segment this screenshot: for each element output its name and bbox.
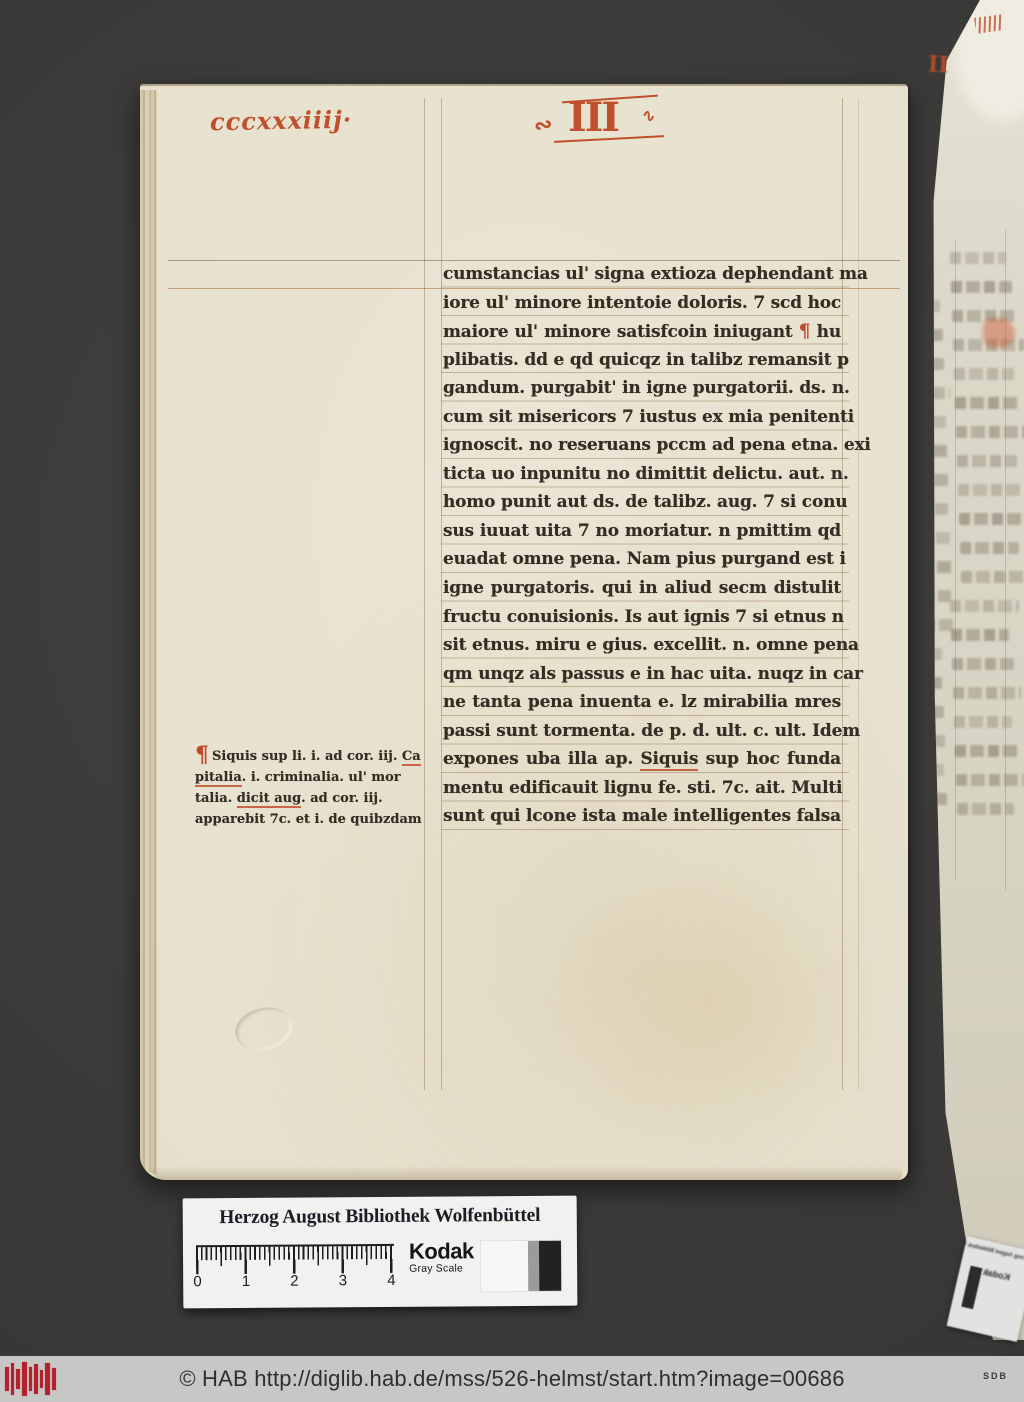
- manuscript-line: gandum. purgabit' in igne purgatorii. ds…: [443, 374, 841, 403]
- ghost-text-row: [953, 687, 1021, 699]
- kodak-brand: Kodak Gray Scale: [409, 1238, 474, 1274]
- manuscript-line: qm unqz als passus e in hac uita. nuqz i…: [443, 660, 841, 689]
- manuscript-line: maiore ul' minore satisfcoin iniugant ¶ …: [443, 317, 841, 346]
- scale-card-title: Herzog August Bibliothek Wolfenbüttel: [183, 1205, 577, 1230]
- ghost-text-row: [955, 397, 1021, 409]
- kodak-brand-text: Kodak: [409, 1238, 474, 1264]
- next-folio-sheet: [905, 0, 1024, 1340]
- ghost-text-row: [913, 648, 946, 660]
- gray-scale-patch: [480, 1240, 562, 1293]
- photo-stage: II Herzog August Bibliothek Wolfenbüttel…: [0, 0, 1024, 1402]
- ghost-text-row: [956, 774, 1024, 786]
- ruler-number: 4: [387, 1272, 395, 1289]
- ghost-text-row: [916, 387, 950, 399]
- ghost-text-row: [954, 368, 1014, 380]
- margin-note-line: Siquis sup li. i. ad cor. iij. Ca: [195, 746, 441, 767]
- ghost-text-row: [914, 329, 943, 341]
- manuscript-page: cccxxxiiij· ∾ III ∿ cumstancias ul' sign…: [140, 84, 908, 1180]
- red-underlined-word: dicit aug: [237, 791, 301, 808]
- manuscript-line: euadat omne pena. Nam pius purgand est i: [443, 545, 841, 574]
- ghost-text-row: [960, 542, 1019, 554]
- manuscript-line: ne tanta pena inuenta e. lz mirabilia mr…: [443, 688, 841, 717]
- margin-note-line: pitalia. i. criminalia. ul' mor: [195, 767, 441, 788]
- ghost-text-row: [914, 677, 942, 689]
- next-folio-numeral: II: [927, 51, 949, 78]
- ghost-text-row: [918, 793, 948, 805]
- ghost-text-row: [916, 735, 948, 747]
- manuscript-line: sit etnus. miru e gius. excellit. n. omn…: [443, 631, 841, 660]
- heading-numeral-text: III: [568, 100, 618, 136]
- manuscript-line: igne purgatoris. qui in aliud secm distu…: [443, 574, 841, 603]
- text-block: cumstancias ul' signa extioza dephendant…: [443, 260, 841, 831]
- ghost-text-row: [915, 706, 945, 718]
- ghost-text-row: [952, 658, 1015, 670]
- patch-white: [481, 1241, 528, 1291]
- ruler: 01234: [196, 1244, 394, 1289]
- manuscript-line: cumstancias ul' signa extioza dephendant…: [443, 260, 841, 289]
- rubric-pilcrow: ¶: [799, 320, 811, 342]
- ghost-text-row: [950, 600, 1019, 612]
- manuscript-line: expones uba illa ap. Siquis sup hoc fund…: [443, 745, 841, 774]
- manuscript-line: homo punit aut ds. de talibz. aug. 7 si …: [443, 488, 841, 517]
- margin-note: ¶ Siquis sup li. i. ad cor. iij. Capital…: [195, 746, 441, 830]
- ghost-text-row: [954, 716, 1012, 728]
- ghost-text-row: [955, 745, 1018, 757]
- ghost-text-row: [913, 300, 940, 312]
- folio-number: cccxxxiiij·: [210, 105, 353, 136]
- ruler-cm-ticks: [196, 1246, 394, 1274]
- copyright-text: © HAB http://diglib.hab.de/mss/526-helms…: [0, 1356, 1024, 1402]
- margin-note-line: talia. dicit aug. ad cor. iij.: [195, 788, 441, 809]
- ghost-text-row: [959, 513, 1024, 525]
- manuscript-line: ignoscit. no reseruans pccm ad pena etna…: [443, 431, 841, 460]
- mirrored-card-brand: Kodak: [962, 1262, 1011, 1283]
- patch-black: [539, 1241, 561, 1291]
- page-heading-numeral: ∾ III ∿: [568, 100, 618, 136]
- corner-mark: SDB: [983, 1371, 1008, 1381]
- rubric-paraph: ¶: [195, 746, 209, 764]
- manuscript-line: iore ul' minore intentoie doloris. 7 scd…: [443, 289, 841, 318]
- ghost-rubric-blob: [983, 318, 1015, 348]
- column-rule: [858, 98, 859, 1090]
- ghost-text-row: [961, 571, 1024, 583]
- manuscript-line: ticta uo inpunitu no dimittit delictu. a…: [443, 460, 841, 489]
- ruler-number: 2: [290, 1273, 298, 1290]
- margin-note-line: apparebit 7c. et i. de quibzdam: [195, 809, 441, 830]
- mirrored-scale-card: Herzog August Bibliothek Wolfenbüttel Ko…: [947, 1236, 1024, 1342]
- manuscript-line: passi sunt tormenta. de p. d. ult. c. ul…: [443, 717, 841, 746]
- manuscript-line: mentu edificauit lignu fe. sti. 7c. ait.…: [443, 774, 841, 803]
- flourish-icon: ∾: [532, 111, 555, 140]
- blind-stamp: [231, 1002, 297, 1057]
- manuscript-line: plibatis. dd e qd quicqz in talibz reman…: [443, 346, 841, 375]
- ghost-text-row: [923, 590, 951, 602]
- page-bottom-shade: [150, 1166, 902, 1180]
- ruler-numbers: 01234: [196, 1272, 394, 1289]
- ghost-text-row: [918, 445, 949, 457]
- ruler-number: 3: [339, 1272, 347, 1289]
- ghost-text-show-through: [913, 300, 947, 822]
- red-barcode-mark: [5, 1361, 56, 1397]
- patch-gray: [528, 1241, 539, 1291]
- ghost-text-row: [958, 484, 1023, 496]
- ruler-number: 0: [193, 1273, 201, 1290]
- red-underlined-word: Siquis: [640, 749, 698, 771]
- ghost-text-row: [917, 764, 944, 776]
- ghost-text-row: [951, 281, 1012, 293]
- red-underlined-word: Ca: [402, 749, 421, 766]
- column-rule: [424, 98, 425, 1090]
- ruler-number: 1: [242, 1273, 250, 1290]
- ghost-text-row: [956, 426, 1024, 438]
- ghost-text-row: [915, 358, 946, 370]
- scale-card: Herzog August Bibliothek Wolfenbüttel 01…: [183, 1196, 578, 1309]
- ghost-text-row: [950, 252, 1006, 264]
- ghost-text-row: [920, 503, 948, 515]
- ghost-text-row: [951, 629, 1009, 641]
- manuscript-line: sus iuuat uita 7 no moriatur. n pmittim …: [443, 517, 841, 546]
- flourish-icon: ∿: [640, 105, 658, 128]
- red-underlined-word: pitalia: [195, 770, 242, 787]
- ghost-text-row: [957, 455, 1017, 467]
- book-fore-edge: [140, 90, 157, 1174]
- ghost-text-row: [957, 803, 1014, 815]
- footer-strip: © HAB http://diglib.hab.de/mss/526-helms…: [0, 1356, 1024, 1402]
- ghost-text-row: [917, 416, 946, 428]
- margin-note-lines: Siquis sup li. i. ad cor. iij. Capitalia…: [195, 746, 441, 830]
- ghost-text-row: [919, 474, 952, 486]
- manuscript-line: cum sit misericors 7 iustus ex mia penit…: [443, 403, 841, 432]
- manuscript-line: sunt qui lcone ista male intelligentes f…: [443, 802, 841, 831]
- manuscript-line: fructu conuisionis. Is aut ignis 7 si et…: [443, 603, 841, 632]
- ghost-text-row: [921, 532, 952, 544]
